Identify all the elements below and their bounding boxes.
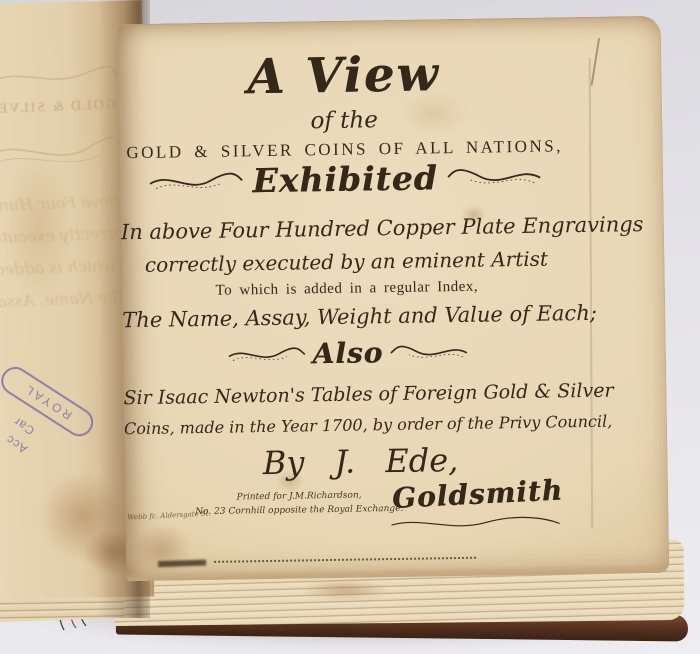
description-line-1: In above Four Hundred Copper Plate Engra…	[121, 213, 571, 244]
flourish-left-icon	[226, 343, 306, 366]
dotted-offset-line	[214, 557, 476, 563]
newton-tables-line-2: Coins, made in the Year 1700, by order o…	[124, 412, 574, 438]
main-title: A View	[118, 48, 569, 103]
offset-smudge	[158, 560, 206, 568]
stamp-text: ROYAL	[20, 381, 74, 422]
flourish-right-icon	[446, 163, 542, 191]
photo-of-open-book: GOLD & SILVER COINS In above Four Hundre…	[0, 0, 700, 654]
stain	[300, 580, 390, 600]
signature-flourish-icon	[387, 514, 562, 533]
index-note-line: To which is added in a regular Index,	[122, 277, 572, 301]
page-crease	[589, 58, 593, 528]
flourish-right-icon	[389, 340, 469, 363]
page-scratch	[591, 38, 601, 86]
exhibited-word: Exhibited	[252, 158, 438, 200]
subtitle-of-the: of the	[119, 104, 569, 137]
also-ornament-row: Also	[123, 333, 573, 373]
engraver-credit: Webb fc. Aldersgate St.	[127, 509, 211, 521]
flourish-left-icon	[148, 168, 244, 196]
index-contents-line: The Name, Assay, Weight and Value of Eac…	[122, 301, 572, 332]
exhibited-ornament-row: Exhibited	[120, 156, 571, 202]
stamp-oval-border: ROYAL	[0, 362, 99, 442]
description-line-2: correctly executed by an eminent Artist	[121, 246, 571, 277]
title-page: A View of the GOLD & SILVER COINS OF ALL…	[118, 16, 670, 581]
also-word: Also	[312, 336, 383, 370]
newton-tables-line-1: Sir Isaac Newton's Tables of Foreign Gol…	[123, 380, 573, 409]
stain	[132, 524, 193, 575]
